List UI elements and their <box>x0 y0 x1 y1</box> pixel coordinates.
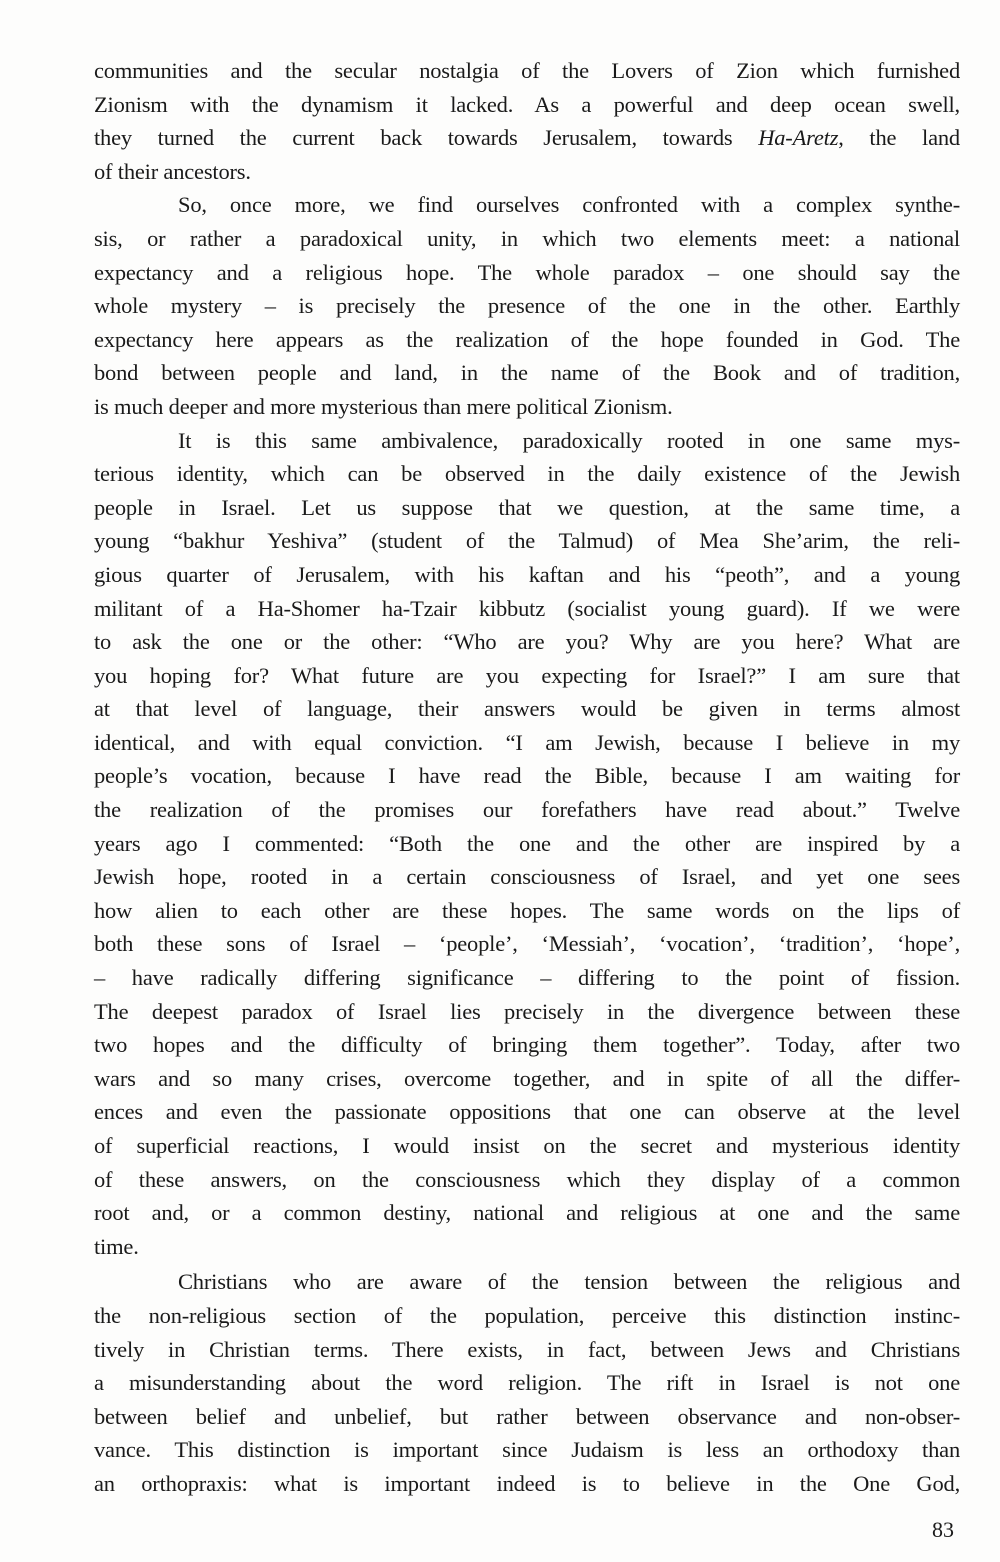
document-page: communities and the secular nostalgia of… <box>0 0 1000 1562</box>
text-line: the non-religious section of the populat… <box>94 1299 960 1333</box>
text-line: years ago I commented: “Both the one and… <box>94 827 960 861</box>
text-line: of their ancestors. <box>94 155 960 189</box>
text-line: of superficial reactions, I would insist… <box>94 1129 960 1163</box>
body-text: communities and the secular nostalgia of… <box>94 54 960 1501</box>
text-line: how alien to each other are these hopes.… <box>94 894 960 928</box>
text-line: It is this same ambivalence, paradoxical… <box>94 424 960 458</box>
text-line: gious quarter of Jerusalem, with his kaf… <box>94 558 960 592</box>
paragraph-2: So, once more, we find ourselves confron… <box>94 188 960 423</box>
text-line: is much deeper and more mysterious than … <box>94 390 960 424</box>
text-line: ences and even the passionate opposition… <box>94 1095 960 1129</box>
text-line: wars and so many crises, overcome togeth… <box>94 1062 960 1096</box>
text-line: The deepest paradox of Israel lies preci… <box>94 995 960 1029</box>
text-line: militant of a Ha-Shomer ha-Tzair kibbutz… <box>94 592 960 626</box>
text-line: Jewish hope, rooted in a certain conscio… <box>94 860 960 894</box>
paragraph-4: Christians who are aware of the tension … <box>94 1265 960 1500</box>
text-line: – have radically differing significance … <box>94 961 960 995</box>
text-line: to ask the one or the other: “Who are yo… <box>94 625 960 659</box>
text-line: Zionism with the dynamism it lacked. As … <box>94 88 960 122</box>
text-line: a misunderstanding about the word religi… <box>94 1366 960 1400</box>
text-line: they turned the current back towards Jer… <box>94 121 960 155</box>
text-line: people’s vocation, because I have read t… <box>94 759 960 793</box>
text-line: expectancy here appears as the realizati… <box>94 323 960 357</box>
paragraph-1: communities and the secular nostalgia of… <box>94 54 960 188</box>
text-line: sis, or rather a paradoxical unity, in w… <box>94 222 960 256</box>
text-line: identical, and with equal conviction. “I… <box>94 726 960 760</box>
text-line: you hoping for? What future are you expe… <box>94 659 960 693</box>
text-line: root and, or a common destiny, national … <box>94 1196 960 1230</box>
text-line: communities and the secular nostalgia of… <box>94 54 960 88</box>
text-line: terious identity, which can be observed … <box>94 457 960 491</box>
paragraph-3: It is this same ambivalence, paradoxical… <box>94 424 960 1264</box>
text-line: expectancy and a religious hope. The who… <box>94 256 960 290</box>
text-line: of these answers, on the consciousness w… <box>94 1163 960 1197</box>
text-line: both these sons of Israel – ‘people’, ‘M… <box>94 927 960 961</box>
text-line: time. <box>94 1230 960 1264</box>
text-line: the realization of the promises our fore… <box>94 793 960 827</box>
text-line: at that level of language, their answers… <box>94 692 960 726</box>
text-line: bond between people and land, in the nam… <box>94 356 960 390</box>
text-line: So, once more, we find ourselves confron… <box>94 188 960 222</box>
text-line: between belief and unbelief, but rather … <box>94 1400 960 1434</box>
italic-term: Ha-Aretz <box>758 125 838 150</box>
text-line: people in Israel. Let us suppose that we… <box>94 491 960 525</box>
text-line: Christians who are aware of the tension … <box>94 1265 960 1299</box>
text-line: young “bakhur Yeshiva” (student of the T… <box>94 524 960 558</box>
text-line: vance. This distinction is important sin… <box>94 1433 960 1467</box>
text-line: tively in Christian terms. There exists,… <box>94 1333 960 1367</box>
text-line: an orthopraxis: what is important indeed… <box>94 1467 960 1501</box>
page-number: 83 <box>932 1515 954 1545</box>
text-line: whole mystery – is precisely the presenc… <box>94 289 960 323</box>
text-line: two hopes and the difficulty of bringing… <box>94 1028 960 1062</box>
